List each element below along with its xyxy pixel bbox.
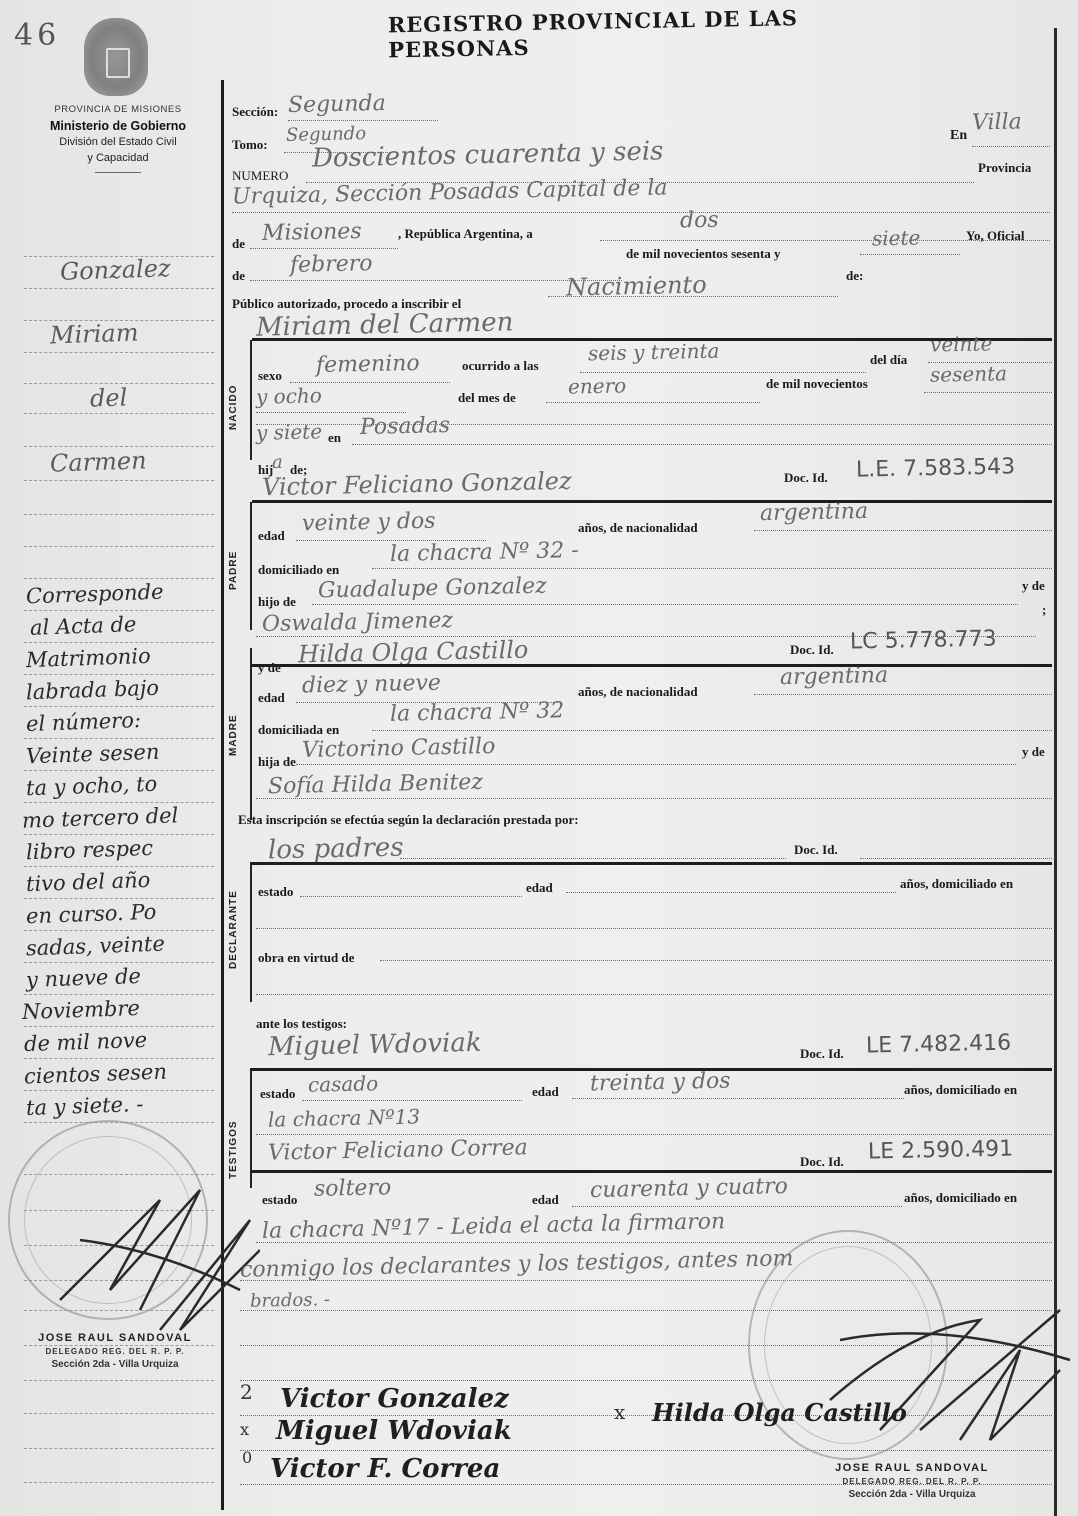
- declarant-doc-label: Doc. Id.: [794, 842, 838, 858]
- witness-1-estado-label: estado: [260, 1086, 295, 1102]
- provincia-value: Misiones: [262, 219, 362, 246]
- numero-label: NUMERO: [232, 168, 288, 184]
- witness-1-edad-value: treinta y dos: [590, 1069, 731, 1097]
- witness-1-estado-value: casado: [308, 1071, 379, 1096]
- father-signature: Victor Gonzalez: [280, 1384, 509, 1414]
- witness-1-edad-label: edad: [532, 1084, 559, 1100]
- father-father-name: Guadalupe Gonzalez: [318, 574, 547, 604]
- witness-2-edad-label: edad: [532, 1192, 559, 1208]
- margin-note-line: Noviembre: [22, 996, 141, 1024]
- section-label-nacido: NACIDO: [228, 372, 248, 442]
- margin-given-name: Miriam: [50, 318, 139, 349]
- section-label-padre: PADRE: [228, 540, 248, 600]
- hij-suffix: a: [272, 452, 283, 473]
- mother-domicilio-value: la chacra Nº 32: [390, 698, 565, 727]
- witness-1-domicilio-label: años, domiciliado en: [904, 1082, 1017, 1098]
- official-place: Sección 2da - Villa Urquiza: [812, 1488, 1012, 1501]
- father-doc-value: L.E. 7.583.543: [856, 454, 1016, 482]
- margin-note-line: ta y ocho, to: [26, 772, 158, 801]
- father-doc-label: Doc. Id.: [784, 470, 828, 486]
- father-domicilio-label: domiciliado en: [258, 562, 339, 578]
- birth-certificate-page: 46 REGISTRO PROVINCIAL DE LAS PERSONAS P…: [0, 0, 1078, 1516]
- seccion-label: Sección:: [232, 104, 278, 120]
- mother-signature: Hilda Olga Castillo: [652, 1398, 907, 1427]
- margin-note-line: sadas, veinte: [26, 932, 166, 961]
- margin-note-line: tivo del año: [26, 868, 151, 896]
- margin-note-line: en curso. Po: [26, 900, 157, 929]
- mother-signature-mark: x: [614, 1400, 625, 1424]
- de-colon-label: de:: [846, 268, 863, 284]
- witness-2-name: Victor Feliciano Correa: [268, 1135, 528, 1165]
- section-label-declarante: DECLARANTE: [228, 880, 248, 980]
- en-lugar-label: en: [328, 430, 341, 446]
- margin-note-line: cientos sesen: [24, 1060, 168, 1089]
- declarant-name: los padres: [268, 833, 404, 866]
- margin-note-line: mo tercero del: [22, 803, 179, 832]
- margin-name-del: del: [90, 383, 128, 412]
- anio-label: de mil novecientos: [766, 376, 868, 392]
- official-name: JOSE RAUL SANDOVAL: [30, 1332, 200, 1345]
- mother-edad-label: edad: [258, 690, 285, 706]
- witness-2-signature: Victor F. Correa: [270, 1454, 500, 1484]
- ministry-heading: PROVINCIA DE MISIONES Ministerio de Gobi…: [18, 102, 218, 173]
- mother-doc-label: Doc. Id.: [790, 642, 834, 658]
- ocurrido-label: ocurrido a las: [462, 358, 539, 374]
- mother-domicilio-label: domiciliada en: [258, 722, 339, 738]
- mother-y-de-label: y de: [258, 660, 281, 676]
- father-nacionalidad-label: años, de nacionalidad: [578, 520, 698, 536]
- mother-doc-value: LC 5.778.773: [850, 626, 997, 654]
- father-semicolon: ;: [1042, 602, 1046, 618]
- father-edad-label: edad: [258, 528, 285, 544]
- margin-note-line: ta y siete. -: [26, 1092, 144, 1120]
- witness-2-estado-label: estado: [262, 1192, 297, 1208]
- witness-2-estado-value: soltero: [314, 1175, 392, 1202]
- declaration-intro: Esta inscripción se efectúa según la dec…: [238, 812, 579, 828]
- provincia-label: Provincia: [978, 160, 1031, 176]
- sexo-label: sexo: [258, 368, 282, 384]
- father-y-de-label: y de: [1022, 578, 1045, 594]
- dia-value: dos: [680, 208, 719, 234]
- seccion-value: Segunda: [288, 91, 386, 118]
- mother-y-de-label-2: y de: [1022, 744, 1045, 760]
- mes-nacimiento-value: enero: [568, 373, 627, 398]
- declarant-edad-label: edad: [526, 880, 553, 896]
- mother-hija-label: hija de: [258, 754, 296, 770]
- margin-note-line: libro respec: [26, 836, 154, 864]
- signature-mark: 2: [240, 1380, 253, 1404]
- signature-mark: x: [240, 1420, 249, 1439]
- declarant-obra-label: obra en virtud de: [258, 950, 354, 966]
- lugar-value: Posadas: [360, 413, 451, 440]
- margin-note-line: de mil nove: [24, 1028, 148, 1056]
- section-label-madre: MADRE: [228, 700, 248, 770]
- closing-line-1: conmigo los declarantes y los testigos, …: [240, 1246, 794, 1283]
- dia-nacimiento-value-2: y ocho: [256, 383, 322, 408]
- witness-1-doc-value: LE 7.482.416: [866, 1030, 1012, 1058]
- de-label-2: de: [232, 268, 245, 284]
- mes-value: febrero: [290, 251, 373, 278]
- official-seal-stamp: [8, 1120, 208, 1320]
- official-title: DELEGADO REG. DEL R. P. P.: [812, 1475, 1012, 1488]
- en-value: Villa: [972, 109, 1022, 135]
- father-mother-name: Oswalda Jimenez: [262, 608, 454, 637]
- de-label: de: [232, 236, 245, 252]
- section-label-testigos: TESTIGOS: [228, 1110, 248, 1190]
- republica-label: , República Argentina, a: [398, 226, 533, 242]
- official-title: DELEGADO REG. DEL R. P. P.: [30, 1345, 200, 1358]
- signature-mark: 0: [242, 1448, 252, 1467]
- witness-2-domicilio-value: la chacra Nº17 - Leida el acta la firmar…: [262, 1209, 726, 1244]
- father-hijo-label: hijo de: [258, 594, 296, 610]
- divider: [95, 172, 141, 173]
- closing-line-2: brados. -: [250, 1289, 330, 1312]
- tomo-label: Tomo:: [232, 137, 268, 153]
- witness-1-doc-label: Doc. Id.: [800, 1046, 844, 1062]
- witness-2-doc-value: LE 2.590.491: [868, 1136, 1014, 1164]
- page-border: [1054, 28, 1057, 1516]
- official-stamp-left: JOSE RAUL SANDOVAL DELEGADO REG. DEL R. …: [30, 1332, 200, 1371]
- year-value: siete: [872, 225, 921, 250]
- division-label: División del Estado Civil: [18, 134, 218, 150]
- official-stamp-right: JOSE RAUL SANDOVAL DELEGADO REG. DEL R. …: [812, 1462, 1012, 1501]
- page-number: 46: [14, 18, 60, 53]
- hora-value: seis y treinta: [588, 339, 720, 366]
- margin-note-line: Corresponde: [26, 580, 164, 609]
- father-name: Victor Feliciano Gonzalez: [262, 467, 572, 501]
- witness-1-name: Miguel Wdoviak: [268, 1028, 482, 1062]
- anio-value: sesenta: [930, 361, 1008, 387]
- anio-value-2: y siete: [256, 419, 323, 444]
- witnesses-intro: ante los testigos:: [256, 1016, 347, 1032]
- margin-note-line: el número:: [26, 708, 142, 736]
- margin-name-carmen: Carmen: [50, 446, 147, 477]
- father-nacionalidad-value: argentina: [760, 499, 869, 526]
- en-label: En: [950, 128, 967, 144]
- mother-nacionalidad-value: argentina: [780, 663, 889, 690]
- margin-note-line: Matrimonio: [26, 644, 151, 672]
- mother-edad-value: diez y nueve: [302, 671, 441, 699]
- dia-nacimiento-value: veinte: [930, 331, 993, 356]
- witness-1-signature: Miguel Wdoviak: [276, 1416, 512, 1446]
- capacity-label: y Capacidad: [18, 150, 218, 166]
- margin-note-line: labrada bajo: [26, 676, 160, 705]
- mother-mother-name: Sofía Hilda Benitez: [268, 770, 483, 799]
- official-place: Sección 2da - Villa Urquiza: [30, 1358, 200, 1371]
- official-name: JOSE RAUL SANDOVAL: [812, 1462, 1012, 1475]
- father-edad-value: veinte y dos: [302, 509, 436, 537]
- declarant-estado-label: estado: [258, 884, 293, 900]
- declarant-domicilio-label: años, domiciliado en: [900, 876, 1013, 892]
- oficial-label: Yo, Oficial: [966, 228, 1025, 244]
- father-domicilio-value: la chacra Nº 32 -: [390, 538, 579, 567]
- numero-value: Doscientos cuarenta y seis: [312, 136, 664, 173]
- locality-value: Urquiza, Sección Posadas Capital de la: [232, 175, 668, 209]
- witness-1-domicilio-value: la chacra Nº13: [268, 1104, 421, 1131]
- margin-surname: Gonzalez: [60, 254, 171, 286]
- del-mes-label: del mes de: [458, 390, 516, 406]
- margin-note-line: y nueve de: [26, 964, 142, 992]
- margin-note-line: al Acta de: [30, 612, 137, 640]
- province-label: PROVINCIA DE MISIONES: [18, 102, 218, 118]
- document-title: REGISTRO PROVINCIAL DE LAS PERSONAS: [388, 4, 889, 63]
- del-dia-label: del día: [870, 352, 907, 368]
- witness-2-doc-label: Doc. Id.: [800, 1154, 844, 1170]
- ministry-label: Ministerio de Gobierno: [18, 118, 218, 134]
- year-label: de mil novecientos sesenta y: [626, 246, 781, 262]
- mother-father-name: Victorino Castillo: [302, 734, 496, 763]
- witness-2-domicilio-label: años, domiciliado en: [904, 1190, 1017, 1206]
- mother-nacionalidad-label: años, de nacionalidad: [578, 684, 698, 700]
- margin-note-line: Veinte sesen: [26, 740, 160, 769]
- sexo-value: femenino: [316, 351, 420, 378]
- witness-2-edad-value: cuarenta y cuatro: [590, 1174, 788, 1203]
- coat-of-arms-icon: [84, 18, 148, 96]
- margin-divider: [221, 80, 224, 1510]
